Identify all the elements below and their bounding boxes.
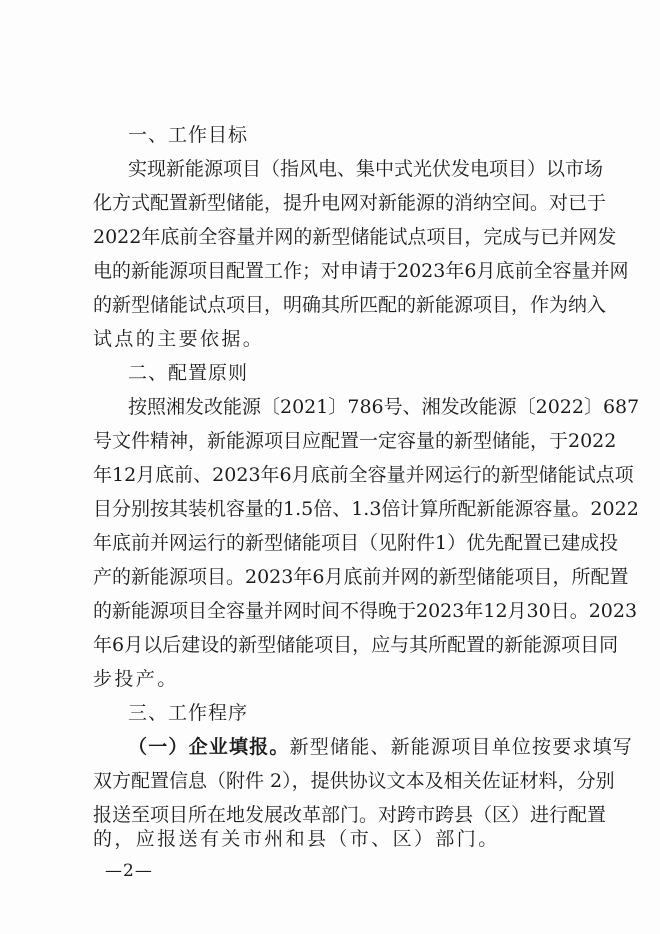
section-heading-principles: 二、配置原则 bbox=[128, 361, 575, 385]
paragraph-line: 电的新能源项目配置工作；对申请于2023年6月底前全容量并网 bbox=[93, 259, 575, 283]
section-heading-procedure: 三、工作程序 bbox=[128, 701, 575, 725]
paragraph-text: 新型储能、新能源项目单位按要求填写 bbox=[290, 736, 633, 758]
paragraph-line-first: （一）企业填报。新型储能、新能源项目单位按要求填写 bbox=[128, 735, 575, 759]
paragraph-line: 的新型储能试点项目，明确其所匹配的新能源项目，作为纳入 bbox=[93, 293, 575, 317]
paragraph-line: 实现新能源项目（指风电、集中式光伏发电项目）以市场 bbox=[128, 157, 575, 181]
paragraph-line: 双方配置信息（附件 2），提供协议文本及相关佐证材料，分别 bbox=[93, 769, 575, 793]
paragraph-line: 2022年底前全容量并网的新型储能试点项目，完成与已并网发 bbox=[93, 225, 575, 249]
paragraph-line: 步投产。 bbox=[93, 667, 575, 691]
document-page: 一、工作目标 实现新能源项目（指风电、集中式光伏发电项目）以市场 化方式配置新型… bbox=[0, 0, 660, 934]
page-number: —2— bbox=[105, 861, 153, 881]
paragraph-line: 目分别按其装机容量的1.5倍、1.3倍计算所配新能源容量。2022 bbox=[93, 497, 575, 521]
paragraph-line: 号文件精神，新能源项目应配置一定容量的新型储能，于2022 bbox=[93, 429, 575, 453]
paragraph-line: 试点的主要依据。 bbox=[93, 327, 575, 351]
paragraph-line: 按照湘发改能源〔2021〕786号、湘发改能源〔2022〕687 bbox=[128, 395, 575, 419]
paragraph-line: 的，应报送有关市州和县（市、区）部门。 bbox=[93, 827, 575, 851]
paragraph-line: 年12月底前、2023年6月底前全容量并网运行的新型储能试点项 bbox=[93, 463, 575, 487]
paragraph-line: 化方式配置新型储能，提升电网对新能源的消纳空间。对已于 bbox=[93, 191, 575, 215]
subheading-enterprise-filing: （一）企业填报。 bbox=[128, 736, 290, 758]
paragraph-line: 报送至项目所在地发展改革部门。对跨市跨县（区）进行配置 bbox=[93, 803, 575, 827]
paragraph-line: 年底前并网运行的新型储能项目（见附件1）优先配置已建成投 bbox=[93, 531, 575, 555]
paragraph-line: 产的新能源项目。2023年6月底前并网的新型储能项目，所配置 bbox=[93, 565, 575, 589]
paragraph-line: 年6月以后建设的新型储能项目，应与其所配置的新能源项目同 bbox=[93, 633, 575, 657]
paragraph-line: 的新能源项目全容量并网时间不得晚于2023年12月30日。2023 bbox=[93, 599, 575, 623]
section-heading-goals: 一、工作目标 bbox=[128, 123, 575, 147]
